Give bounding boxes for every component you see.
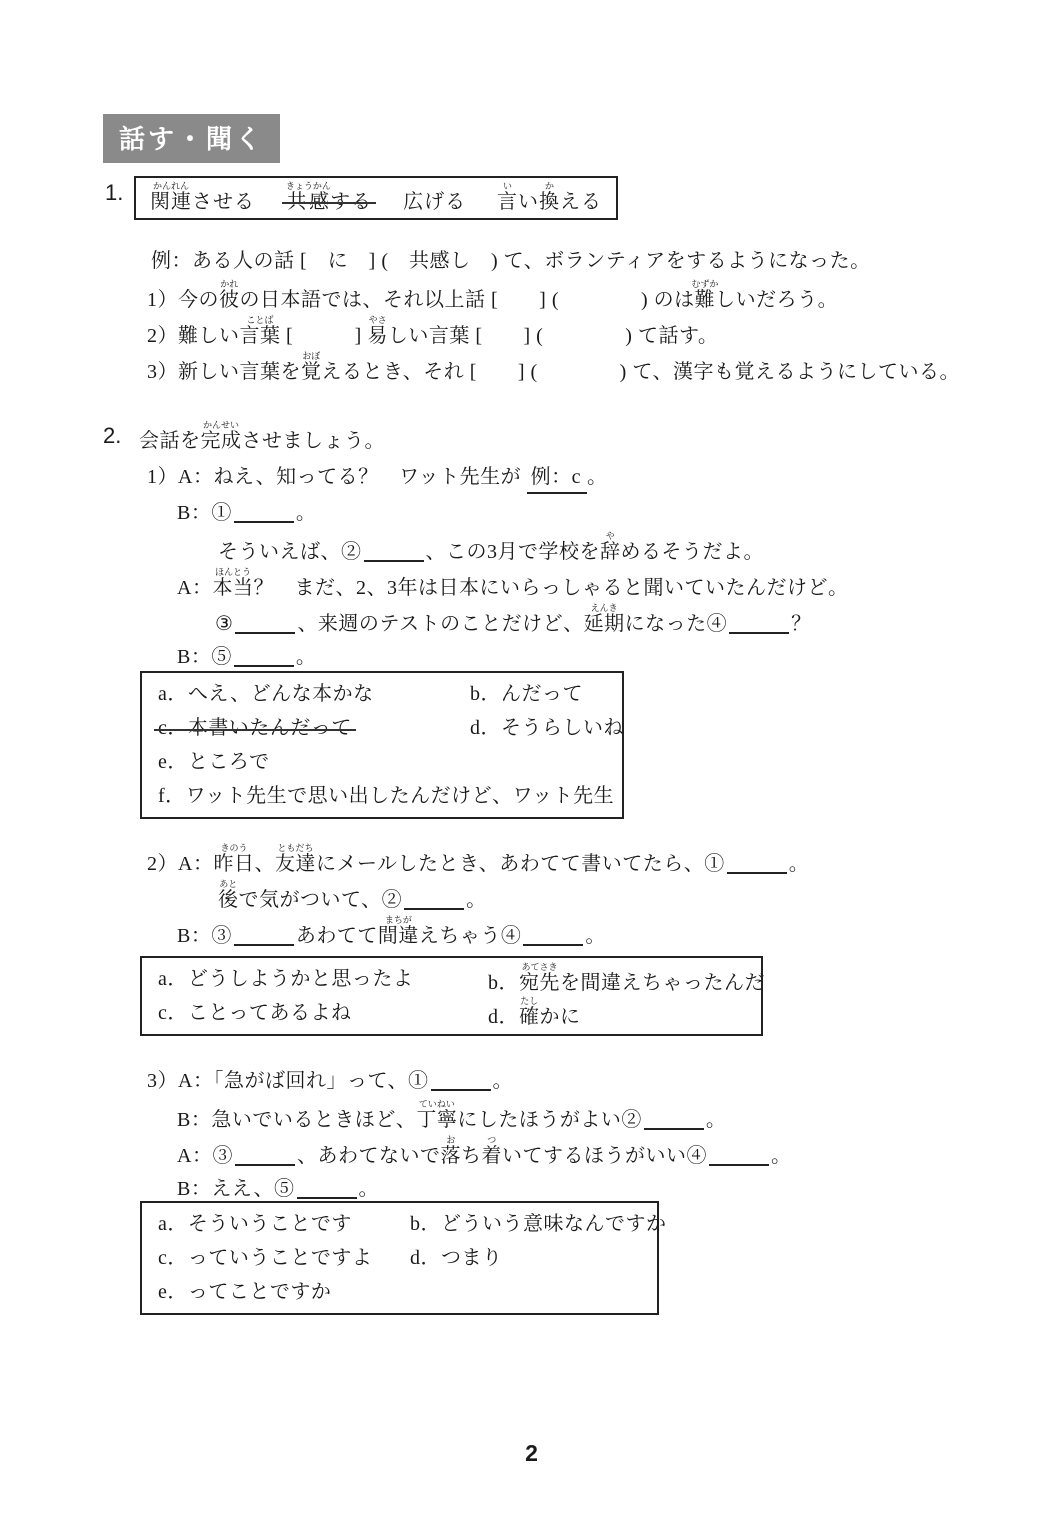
text-line: 2）A：昨日きのう、友達ともだちにメールしたとき、あわてて書いてたら、①。 [147,843,809,879]
ruby-text: 難むずか [695,289,716,311]
answer-blank[interactable] [235,632,295,634]
text-segment: d．つまり [410,1247,503,1269]
text-segment: 。 [466,889,487,911]
answer-blank[interactable] [644,1128,704,1130]
text-line: 後あとで気がついて、②。 [218,879,809,915]
section-header-badge: 話す・聞く [103,114,280,163]
section1-number: 1. [105,180,123,206]
text-segment: 例：ある人の話 [ に ] ( 共感し ) て、ボランティアをするようになった。 [151,250,871,272]
answer-blank[interactable] [729,632,789,634]
ruby-text: 宛先あてさき [519,972,560,994]
answer-blank[interactable] [709,1164,769,1166]
text-segment: d． [488,1006,519,1028]
answer-blank[interactable] [431,1089,491,1091]
text-segment: かに [540,1006,581,1028]
ruby-text: 覚おぼ [301,361,322,383]
answer-blank[interactable] [364,560,424,562]
text-segment: 、この3月で学校を [426,541,601,563]
text-segment: A：③ [177,1145,233,1167]
page-number: 2 [0,1440,1063,1467]
text-line: B：急いでいるときほど、丁寧ていねいにしたほうがよい②。 [177,1099,791,1135]
ruby-text: 完成かんせい [201,430,242,452]
text-segment: b．んだって [470,683,583,705]
text-segment: させましょう。 [242,430,386,452]
text-segment: える [560,191,602,213]
dialogue-3: 3）A：「急がば回れ」って、①。B：急いでいるときほど、丁寧ていねいにしたほうが… [147,1063,791,1207]
dialogue-1: 1）A：ねえ、知ってる？ ワット先生が 例：c 。B：①。そういえば、②、この3… [147,459,848,675]
text-segment: えちゃう④ [419,925,522,947]
section1-exercise-lines: 例：ある人の話 [ に ] ( 共感し ) て、ボランティアをするようになった。… [147,243,960,387]
word-choice-box: 関連かんれんさせる共感きょうかんする広げる言いい換かえる [134,176,618,220]
option-row: e．ところで [158,745,612,779]
text-segment: e．ってことですか [158,1281,331,1303]
ruby-text: 昨日きのう [213,853,254,875]
dialogue-2: 2）A：昨日きのう、友達ともだちにメールしたとき、あわてて書いてたら、①。後あと… [147,843,809,951]
option-item: c．ことってあるよね [158,996,488,1030]
text-segment: の日本語では、それ以上話 [ ] ( ) のは [240,289,695,311]
text-segment: えるとき、それ [ ] ( ) て、漢字も覚えるようにしている。 [322,361,960,383]
text-segment: B：急いでいるときほど、 [177,1109,416,1131]
text-line: 1）A：ねえ、知ってる？ ワット先生が 例：c 。 [147,459,848,495]
text-segment: [ ] [281,325,368,347]
text-segment: B：① [177,502,232,524]
text-segment: ち [461,1145,482,1167]
text-segment: a．へえ、どんな本かな [158,683,374,705]
text-segment: 。 [296,646,317,668]
ruby-text: 丁寧ていねい [416,1109,457,1131]
text-line: 3）A：「急がば回れ」って、①。 [147,1063,791,1099]
text-segment: 。 [585,925,606,947]
text-segment: 。 [359,1178,380,1200]
option-item: d．確たしかに [488,996,581,1034]
text-segment: b．どういう意味なんですか [410,1213,667,1235]
answer-blank[interactable] [234,944,294,946]
option-item: e．ってことですか [158,1275,331,1309]
text-segment: 。 [789,853,810,875]
ruby-text: 言い [497,191,518,213]
text-segment: B：ええ、⑤ [177,1178,295,1200]
option-box-3: a．そういうことですb．どういう意味なんですかc．っていうことですよd．つまりe… [140,1201,659,1315]
option-item: a．へえ、どんな本かな [158,677,470,711]
word-item-used: 共感きょうかんする [286,181,372,214]
answer-blank[interactable] [235,1164,295,1166]
text-segment: しいだろう。 [715,289,838,311]
text-segment: しい言葉 [ ] ( ) て話す。 [388,325,719,347]
ruby-text: 落お [440,1145,461,1167]
text-segment: 。 [296,502,317,524]
text-segment: ？ [791,613,812,635]
text-segment: あわてて [296,925,378,947]
text-segment: ③ [215,613,233,635]
text-segment: 3）A：「急がば回れ」って、① [147,1070,429,1092]
option-row: a．そういうことですb．どういう意味なんですか [158,1207,647,1241]
word-item: 広げる [403,185,466,214]
text-line: 2）難しい言葉ことば [ ] 易やさしい言葉 [ ] ( ) て話す。 [147,315,960,351]
text-segment: めるそうだよ。 [621,541,765,563]
option-row: c．ことってあるよねd．確たしかに [158,996,751,1030]
option-row: c．っていうことですよd．つまり [158,1241,647,1275]
text-segment: を間違えちゃったんだ [560,972,765,994]
text-segment: 、来週のテストのことだけど、 [297,613,583,635]
text-segment: e．ところで [158,751,270,773]
text-segment: 。 [493,1070,514,1092]
text-line: 例：ある人の話 [ に ] ( 共感し ) て、ボランティアをするようになった。 [151,243,960,279]
ruby-text: 辞や [600,541,621,563]
section2-title: 会話を完成かんせいさせましょう。 [139,420,385,456]
text-line: B：③あわてて間違まちがえちゃう④。 [177,915,809,951]
ruby-text: 友達ともだち [275,853,316,875]
text-line: ③、来週のテストのことだけど、延期えんきになった④？ [215,603,848,639]
example-answer-underlined: 例：c [527,462,587,494]
ruby-text: 本当ほんとう [212,577,253,599]
text-segment: 会話を [139,430,201,452]
ruby-text: 間違まちが [378,925,419,947]
text-line: B：⑤。 [177,639,848,675]
text-segment: そういえば、② [218,541,362,563]
answer-blank[interactable] [234,521,294,523]
text-segment: にメールしたとき、あわてて書いてたら、① [316,853,725,875]
text-segment: 、あわてないで [297,1145,441,1167]
option-box-1: a．へえ、どんな本かなb．んだってc．本書いたんだってd．そうらしいねe．ところ… [140,671,624,819]
text-segment: い [518,191,539,213]
ruby-text: 着つ [481,1145,502,1167]
text-line: A：③、あわてないで落おち着ついてするほうがいい④。 [177,1135,791,1171]
ruby-text: 後あと [218,889,239,911]
option-item-used: c．本書いたんだって [158,711,352,745]
option-item: e．ところで [158,745,270,779]
option-item: b．んだって [470,677,583,711]
answer-blank[interactable] [404,908,464,910]
text-segment: いてするほうがいい④ [502,1145,707,1167]
text-segment: d．そうらしいね [470,717,624,739]
text-line: 3）新しい言葉を覚おぼえるとき、それ [ ] ( ) て、漢字も覚えるようにして… [147,351,960,387]
ruby-text: 延期えんき [584,613,625,635]
text-segment: B：③ [177,925,232,947]
text-segment: 1）A：ねえ、知ってる？ ワット先生が [147,466,527,488]
section2-number: 2. [103,423,121,449]
text-line: そういえば、②、この3月で学校を辞やめるそうだよ。 [218,531,848,567]
text-segment: 。 [706,1109,727,1131]
ruby-text: 共感きょうかん [286,191,330,213]
option-item: a．どうしようかと思ったよ [158,962,488,996]
answer-blank[interactable] [234,665,294,667]
option-item: f．ワット先生で思い出したんだけど、ワット先生 [158,779,614,813]
ruby-text: 関連かんれん [150,191,192,213]
option-row: e．ってことですか [158,1275,647,1309]
ruby-text: 言葉ことば [240,325,281,347]
option-item: c．本書いたんだって [158,711,470,745]
worksheet-page: 話す・聞く 1. 関連かんれんさせる共感きょうかんする広げる言いい換かえる 例：… [0,0,1063,1536]
answer-blank[interactable] [727,872,787,874]
ruby-text: 彼かれ [219,289,240,311]
option-row: f．ワット先生で思い出したんだけど、ワット先生 [158,779,612,813]
option-item: c．っていうことですよ [158,1241,410,1275]
text-segment: 広げる [403,191,466,213]
text-segment: c．ことってあるよね [158,1002,351,1024]
text-line: B：①。 [177,495,848,531]
answer-blank[interactable] [297,1197,357,1199]
ruby-text: 確たし [519,1006,540,1028]
text-segment: 2）難しい [147,325,240,347]
text-segment: c．っていうことですよ [158,1247,372,1269]
option-row: c．本書いたんだってd．そうらしいね [158,711,612,745]
text-segment: 。 [771,1145,792,1167]
text-segment: 1）今の [147,289,219,311]
text-segment: a．そういうことです [158,1213,352,1235]
text-segment: になった④ [625,613,728,635]
text-segment: 3）新しい言葉を [147,361,301,383]
ruby-text: 易やさ [367,325,388,347]
option-row: a．どうしようかと思ったよb．宛先あてさきを間違えちゃったんだ [158,962,751,996]
word-item: 関連かんれんさせる [150,181,255,214]
text-segment: 。 [587,466,608,488]
option-item: b．宛先あてさきを間違えちゃったんだ [488,962,765,1000]
option-item: a．そういうことです [158,1207,410,1241]
option-box-2: a．どうしようかと思ったよb．宛先あてさきを間違えちゃったんだc．ことってあるよ… [140,956,763,1036]
text-segment: A： [177,577,212,599]
text-segment: ？ まだ、2、3年は日本にいらっしゃると聞いていたんだけど。 [253,577,848,599]
text-segment: で気がついて、② [239,889,403,911]
ruby-text: 換か [539,191,560,213]
option-item: b．どういう意味なんですか [410,1207,667,1241]
text-segment: 2）A： [147,853,213,875]
option-item: d．そうらしいね [470,711,624,745]
text-line: A：本当ほんとう？ まだ、2、3年は日本にいらっしゃると聞いていたんだけど。 [177,567,848,603]
option-item: d．つまり [410,1241,503,1275]
text-segment: f．ワット先生で思い出したんだけど、ワット先生 [158,785,614,807]
text-segment: c．本書いたんだって [158,717,352,739]
text-segment: にしたほうがよい② [457,1109,642,1131]
text-line: 1）今の彼かれの日本語では、それ以上話 [ ] ( ) のは難むずかしいだろう。 [147,279,960,315]
text-segment: させる [192,191,255,213]
answer-blank[interactable] [523,944,583,946]
text-segment: 、 [254,853,275,875]
text-segment: b． [488,972,519,994]
option-row: a．へえ、どんな本かなb．んだって [158,677,612,711]
text-segment: する [330,191,372,213]
text-segment: a．どうしようかと思ったよ [158,968,413,990]
word-item: 言いい換かえる [497,181,602,214]
text-segment: B：⑤ [177,646,232,668]
